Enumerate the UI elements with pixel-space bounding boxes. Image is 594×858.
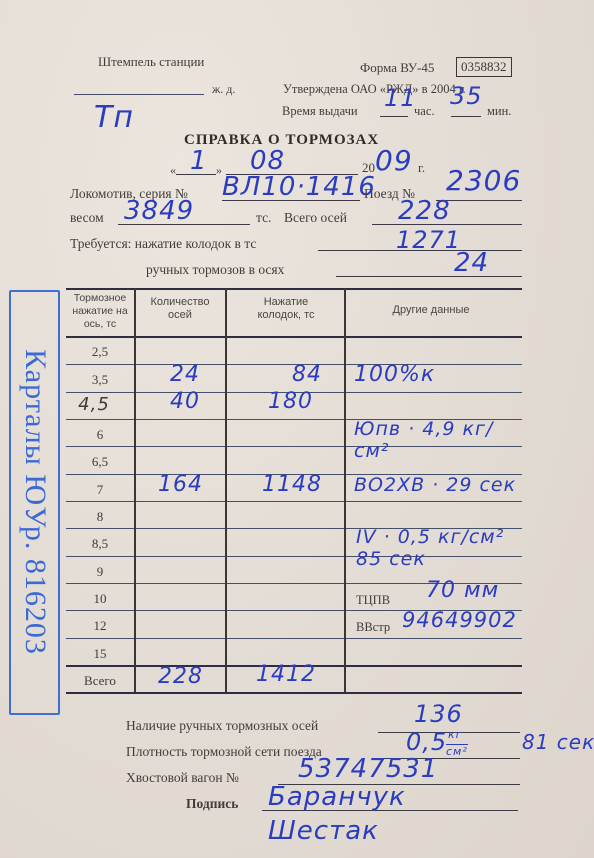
locomotive-value: ВЛ10·1416	[222, 172, 376, 202]
force-4-5: 180	[268, 389, 313, 414]
axles-3-5: 24	[170, 362, 200, 387]
other-label-vvstr: ВВстр	[356, 620, 390, 635]
signature-value: Баранчук	[268, 782, 406, 812]
row-pressure-7: 7	[66, 482, 134, 498]
other-12: 94649902	[402, 608, 517, 632]
force-7: 1148	[262, 472, 322, 497]
force-3-5: 84	[292, 362, 322, 387]
col-header-pressure: Тормозное нажатие на ось, тс	[66, 292, 134, 331]
row-pressure-3-5: 3,5	[66, 372, 134, 388]
other-label-tcpv: ТЦПВ	[356, 593, 390, 608]
row-pressure-6-5: 6,5	[66, 454, 134, 470]
density-unit-top: кг	[448, 728, 462, 741]
signature-second: Шестак	[268, 816, 379, 846]
hours-underline	[380, 116, 408, 117]
hand-brakes-value: 24	[454, 248, 489, 278]
hand-brake-axles-label: Наличие ручных тормозных осей	[126, 718, 318, 734]
minutes-underline	[451, 116, 481, 117]
issue-hours: 11	[384, 84, 417, 112]
hand-brake-axles-value: 136	[414, 700, 463, 728]
other-3-5: 100%к	[354, 362, 435, 387]
stamp-text: Карталы ЮУр. 816203	[15, 292, 55, 712]
hours-label: час.	[414, 104, 435, 119]
required-pressure-value: 1271	[396, 226, 461, 254]
date-day: 1	[190, 146, 208, 176]
hand-brakes-underline	[336, 276, 522, 277]
weight-value: 3849	[124, 196, 194, 226]
total-force: 1412	[256, 662, 316, 687]
year-unit: г.	[418, 160, 425, 176]
minutes-label: мин.	[487, 104, 511, 119]
weight-unit: тс.	[256, 210, 271, 226]
total-axles-value: 228	[398, 196, 451, 226]
total-axles: 228	[158, 664, 203, 689]
train-value: 2306	[446, 164, 521, 197]
col-header-other: Другие данные	[346, 304, 516, 317]
signature-label: Подпись	[186, 796, 238, 812]
row-pressure-15: 15	[66, 646, 134, 662]
other-6: Юпв · 4,9 кг/см²	[354, 418, 522, 462]
other-7: ВО2ХВ · 29 сек	[354, 474, 516, 496]
axles-4-5: 40	[170, 389, 200, 414]
tail-car-label: Хвостовой вагон №	[126, 770, 239, 786]
railway-suffix: ж. д.	[212, 82, 235, 97]
row-pressure-9: 9	[66, 564, 134, 580]
approved-line: Утверждена ОАО «РЖД» в 2004 г.	[283, 82, 466, 97]
row-pressure-10: 10	[66, 591, 134, 607]
total-axles-label: Всего осей	[284, 210, 347, 226]
station-stamp-label: Штемпель станции	[98, 54, 204, 70]
row-pressure-4-5: 4,5	[66, 394, 122, 415]
form-label: Форма ВУ-45	[360, 60, 434, 76]
density-time: 81 сек	[522, 730, 594, 754]
railway-underline	[74, 94, 204, 95]
row-pressure-6: 6	[66, 427, 134, 443]
row-total-label: Всего	[66, 673, 134, 689]
weight-label: весом	[70, 210, 104, 226]
required-pressure-label: Требуется: нажатие колодок в тс	[70, 236, 256, 252]
other-8-5: IV · 0,5 кг/см² 85 сек	[356, 526, 522, 570]
density-label: Плотность тормозной сети поезда	[126, 744, 322, 760]
station-handwritten: Тп	[94, 100, 134, 135]
tail-car-value: 53747531	[298, 754, 438, 784]
col-header-force: Нажатие колодок, тс	[246, 296, 326, 322]
row-pressure-8: 8	[66, 509, 134, 525]
row-pressure-2-5: 2,5	[66, 344, 134, 360]
row-pressure-12: 12	[66, 618, 134, 634]
density-unit-bottom: см²	[446, 744, 468, 758]
other-10: 70 мм	[426, 578, 499, 603]
row-pressure-8-5: 8,5	[66, 536, 134, 552]
issue-time-label: Время выдачи	[282, 104, 358, 119]
col-header-axles: Количество осей	[140, 296, 220, 322]
density-value: 0,5	[406, 728, 447, 756]
axles-7: 164	[158, 472, 203, 497]
form-number: 0358832	[456, 57, 512, 77]
brake-table: Тормозное нажатие на ось, тс Количество …	[66, 288, 522, 700]
hand-brakes-label: ручных тормозов в осях	[146, 262, 284, 278]
brake-certificate-form: Штемпель станции ж. д. Тп Форма ВУ-45 03…	[0, 0, 594, 858]
date-year: 09	[375, 144, 413, 177]
issue-minutes: 35	[450, 82, 483, 110]
date-open-quote: «	[170, 163, 176, 178]
